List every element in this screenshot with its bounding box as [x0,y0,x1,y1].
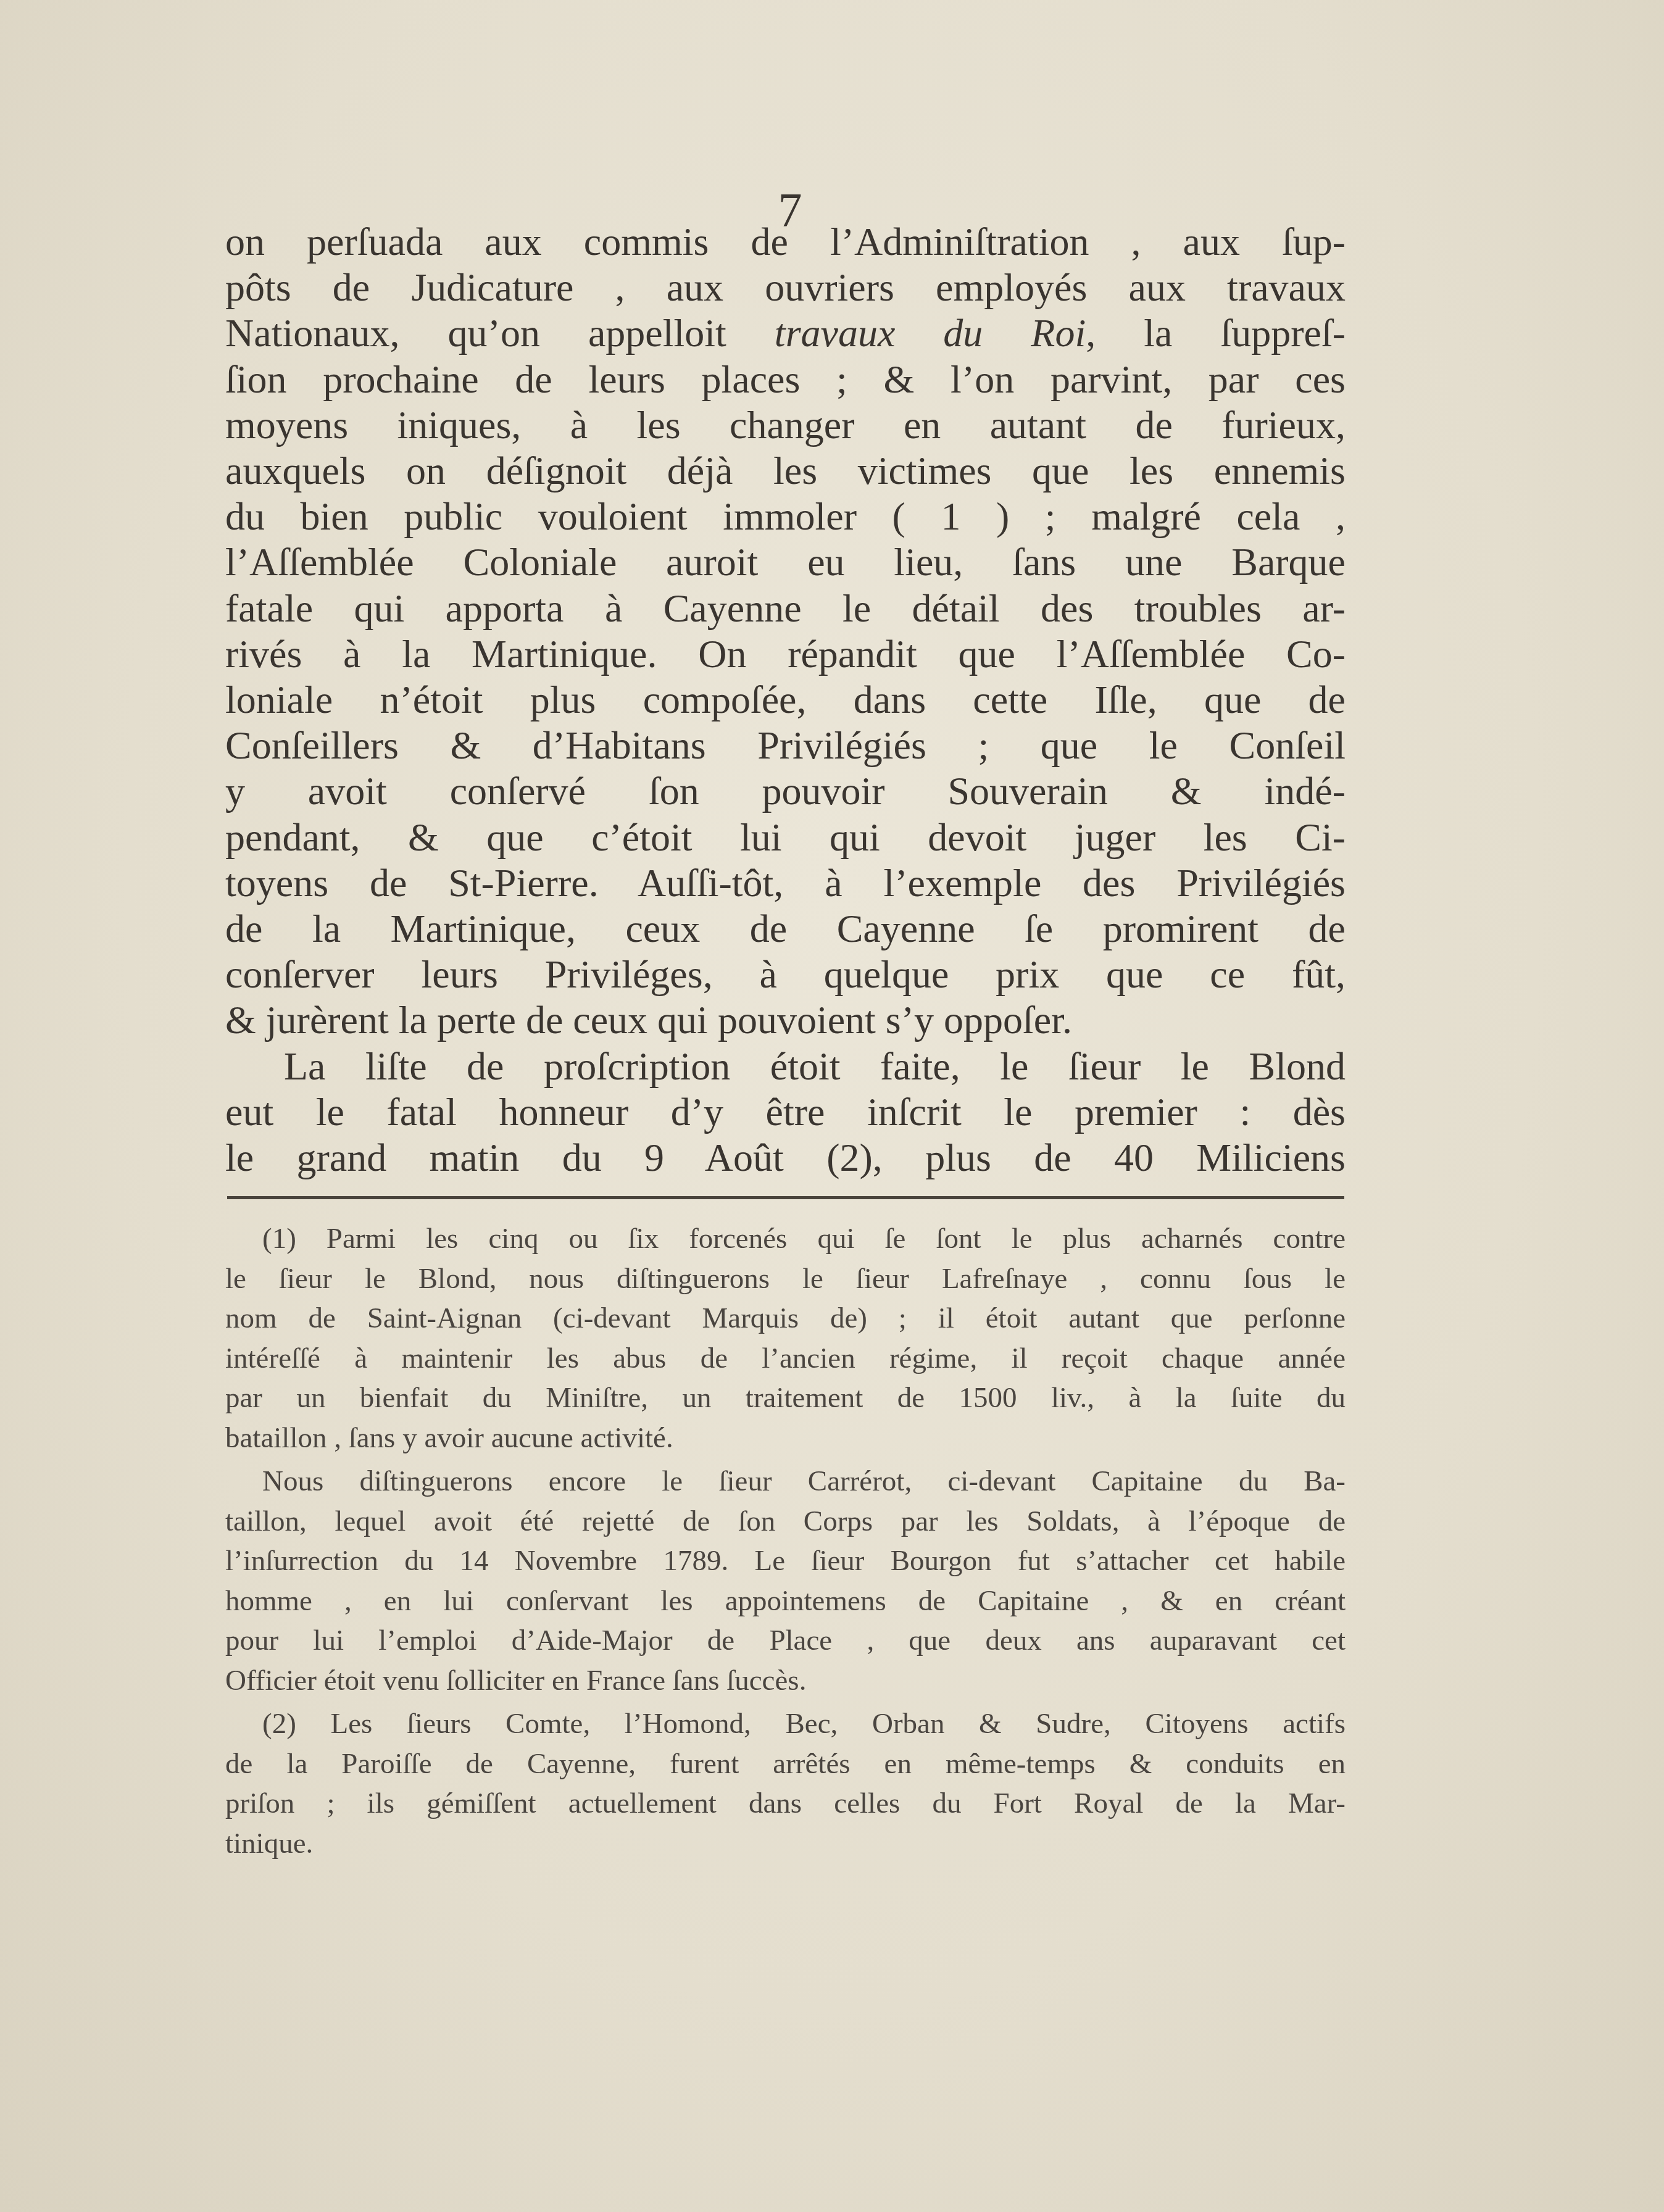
footnote-line: intéreſſé à maintenir les abus de l’anci… [225,1339,1346,1379]
body-line: on perſuada aux commis de l’Adminiſtrati… [225,219,1346,265]
italic-phrase: travaux du Roi [775,311,1086,355]
body-line: du bien public vouloient immoler ( 1 ) ;… [225,494,1346,539]
body-line: loniale n’étoit plus compoſée, dans cett… [225,677,1346,723]
body-line: moyens iniques, à les changer en autant … [225,402,1346,448]
footnote-line: l’inſurrection du 14 Novembre 1789. Le ſ… [225,1541,1346,1581]
body-line: auxquels on déſignoit déjà les victimes … [225,448,1346,494]
document-page: 7 on perſuada aux commis de l’Adminiſtra… [0,0,1664,2212]
footnote-line: (1) Parmi les cinq ou ſix forcenés qui ſ… [225,1219,1346,1259]
body-line: eut le fatal honneur d’y être inſcrit le… [225,1089,1346,1135]
body-line: La liſte de proſcription étoit faite, le… [225,1044,1346,1089]
body-line: pôts de Judicature , aux ouvriers employ… [225,265,1346,310]
footnote-line: le ſieur le Blond, nous diſtinguerons le… [225,1259,1346,1299]
footnote-2: (2) Les ſieurs Comte, l’Homond, Bec, Orb… [225,1704,1346,1863]
body-line: y avoit conſervé ſon pouvoir Souverain &… [225,768,1346,814]
body-line: toyens de St-Pierre. Auſſi-tôt, à l’exem… [225,860,1346,906]
footnote-line: (2) Les ſieurs Comte, l’Homond, Bec, Orb… [225,1704,1346,1744]
footnote-line: priſon ; ils gémiſſent actuellement dans… [225,1784,1346,1824]
body-line: Conſeillers & d’Habitans Privilégiés ; q… [225,723,1346,768]
body-line: conſerver leurs Priviléges, à quelque pr… [225,952,1346,997]
footnote-line: Officier étoit venu ſolliciter en France… [225,1661,1346,1701]
body-line: l’Aſſemblée Coloniale auroit eu lieu, ſa… [225,539,1346,585]
body-line-start: Nationaux, qu’on appelloit [225,311,775,355]
footnote-line: taillon, lequel avoit été rejetté de ſon… [225,1502,1346,1542]
body-line: pendant, & que c’étoit lui qui devoit ju… [225,815,1346,860]
footnotes: (1) Parmi les cinq ou ſix forcenés qui ſ… [225,1219,1346,1863]
footnote-line: Nous diſtinguerons encore le ſieur Carré… [225,1461,1346,1502]
body-line: & jurèrent la perte de ceux qui pouvoien… [225,997,1346,1043]
body-line: Nationaux, qu’on appelloit travaux du Ro… [225,310,1346,356]
body-text: on perſuada aux commis de l’Adminiſtrati… [225,219,1346,1181]
body-line: le grand matin du 9 Août (2), plus de 40… [225,1135,1346,1181]
body-line: de la Martinique, ceux de Cayenne ſe pro… [225,906,1346,952]
footnote-1-continued: Nous diſtinguerons encore le ſieur Carré… [225,1461,1346,1700]
body-line-end: , la ſuppreſ- [1086,311,1346,355]
body-line: ſion prochaine de leurs places ; & l’on … [225,357,1346,402]
footnote-line: par un bienfait du Miniſtre, un traiteme… [225,1378,1346,1418]
footnote-1: (1) Parmi les cinq ou ſix forcenés qui ſ… [225,1219,1346,1458]
footnote-divider [227,1196,1344,1199]
footnote-line: nom de Saint-Aignan (ci-devant Marquis d… [225,1299,1346,1339]
body-line: fatale qui apporta à Cayenne le détail d… [225,586,1346,631]
footnote-line: pour lui l’emploi d’Aide-Major de Place … [225,1621,1346,1661]
footnote-line: de la Paroiſſe de Cayenne, furent arrêté… [225,1744,1346,1784]
body-line: rivés à la Martinique. On répandit que l… [225,631,1346,677]
footnote-line: bataillon , ſans y avoir aucune activité… [225,1418,1346,1458]
footnote-line: tinique. [225,1824,1346,1864]
footnote-line: homme , en lui conſervant les appointeme… [225,1581,1346,1621]
